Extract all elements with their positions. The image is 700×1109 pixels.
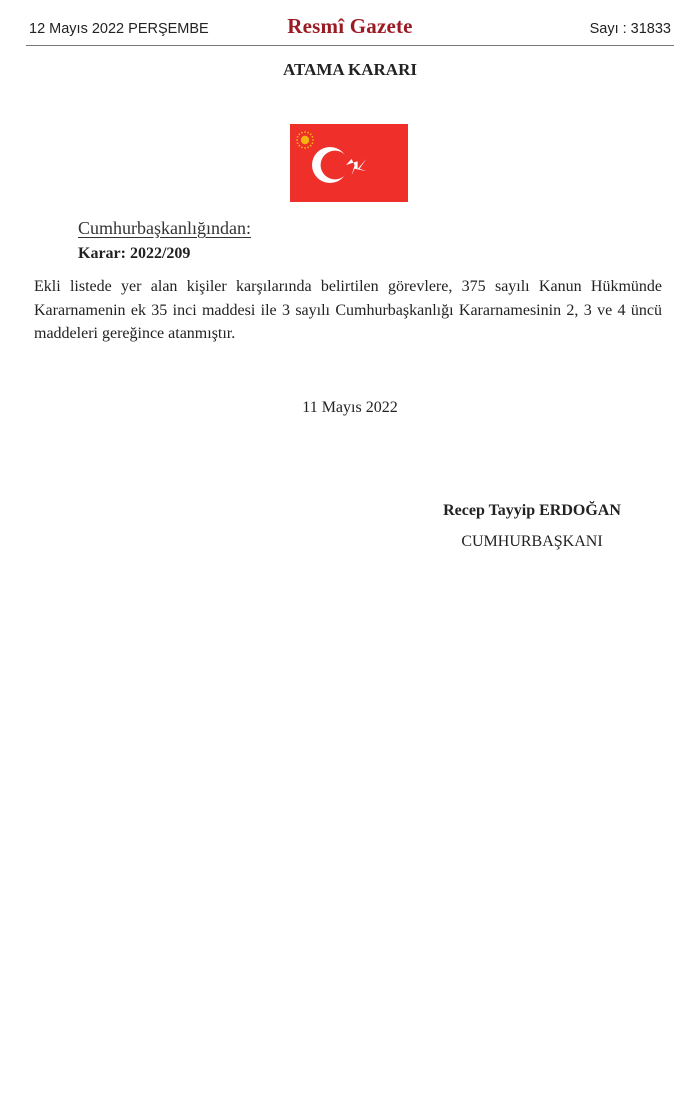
gazette-title: Resmî Gazete [26, 14, 674, 39]
presidential-flag-icon [290, 124, 408, 202]
decision-number: Karar: 2022/209 [78, 245, 190, 263]
document-title: ATAMA KARARI [0, 60, 700, 80]
issue-number: Sayı : 31833 [590, 21, 671, 37]
gazette-masthead: 12 Mayıs 2022 PERŞEMBE Resmî Gazete Sayı… [26, 14, 674, 46]
decision-body: Ekli listede yer alan kişiler karşıların… [34, 275, 662, 346]
signing-date: 11 Mayıs 2022 [0, 399, 700, 417]
signer-name: Recep Tayyip ERDOĞAN [432, 502, 632, 520]
signer-title: CUMHURBAŞKANI [432, 533, 632, 551]
issuing-authority: Cumhurbaşkanlığından: [78, 218, 251, 239]
